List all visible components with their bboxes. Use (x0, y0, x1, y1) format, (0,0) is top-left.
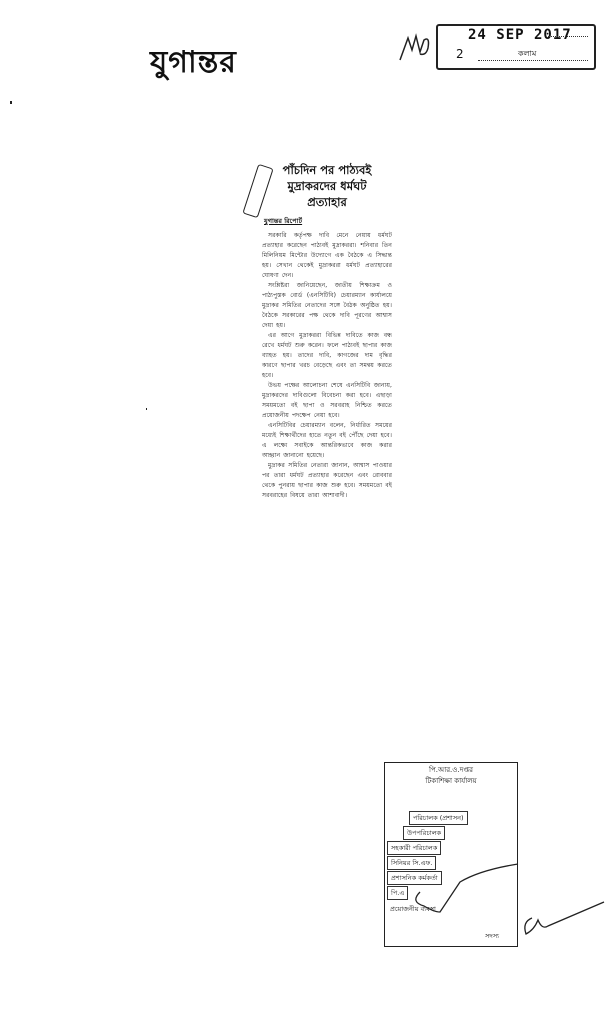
article-byline: যুগান্তর রিপোর্ট (264, 216, 392, 227)
article-paragraph: সরকারি কর্তৃপক্ষ দাবি মেনে নেয়ায় ধর্মঘ… (262, 231, 392, 281)
headline-line: মুদ্রাকরদের ধর্মঘট (262, 178, 392, 194)
article-headline: পাঁচদিন পর পাঠ্যবই মুদ্রাকরদের ধর্মঘট প্… (262, 162, 392, 210)
handwritten-initials-icon (398, 30, 438, 66)
received-date-stamp: 24 SEP 2017 2 কলাম (436, 24, 596, 70)
scan-speck (146, 408, 147, 410)
article-paragraph: এর আগে মুদ্রাকররা বিভিন্ন দাবিতে কাজ বন্… (262, 331, 392, 381)
article-body: সরকারি কর্তৃপক্ষ দাবি মেনে নেয়ায় ধর্মঘ… (262, 231, 392, 501)
slip-row: পরিচালক (প্রশাসন) (409, 811, 468, 825)
news-article: পাঁচদিন পর পাঠ্যবই মুদ্রাকরদের ধর্মঘট প্… (262, 162, 392, 501)
slip-footer: সদস্য (485, 931, 499, 942)
scan-speck (10, 101, 12, 104)
article-paragraph: সংশ্লিষ্টরা জানিয়েছেন, জাতীয় শিক্ষাক্র… (262, 281, 392, 331)
slip-title-line: টিকাশিক্ষা কার্যালয় (385, 776, 517, 787)
stamp-divider (478, 60, 588, 61)
stamp-page-number: 2 (456, 47, 464, 61)
slip-row: সহকারী পরিচালক (387, 841, 441, 855)
slip-title: পি.আর.ও.দপ্তর টিকাশিক্ষা কার্যালয় (385, 765, 517, 787)
slip-row: পি.এ (387, 886, 408, 900)
signature-icon (518, 900, 608, 940)
stamp-date: 24 SEP 2017 (468, 27, 572, 43)
slip-row: উপপরিচালক (403, 826, 445, 840)
article-paragraph: মুদ্রাকর সমিতির নেতারা জানান, আশ্বাস পাও… (262, 461, 392, 501)
slip-title-line: পি.আর.ও.দপ্তর (385, 765, 517, 776)
article-paragraph: উভয় পক্ষের আলোচনা শেষে এনসিটিবি জানায়,… (262, 381, 392, 421)
masthead: যুগান্তর (150, 38, 237, 89)
article-paragraph: এনসিটিবির চেয়ারম্যান বলেন, নির্ধারিত সম… (262, 421, 392, 461)
checkmark-icon (410, 862, 520, 922)
headline-line: পাঁচদিন পর পাঠ্যবই (262, 162, 392, 178)
stamp-divider (548, 36, 588, 37)
headline-line: প্রত্যাহার (262, 194, 392, 210)
